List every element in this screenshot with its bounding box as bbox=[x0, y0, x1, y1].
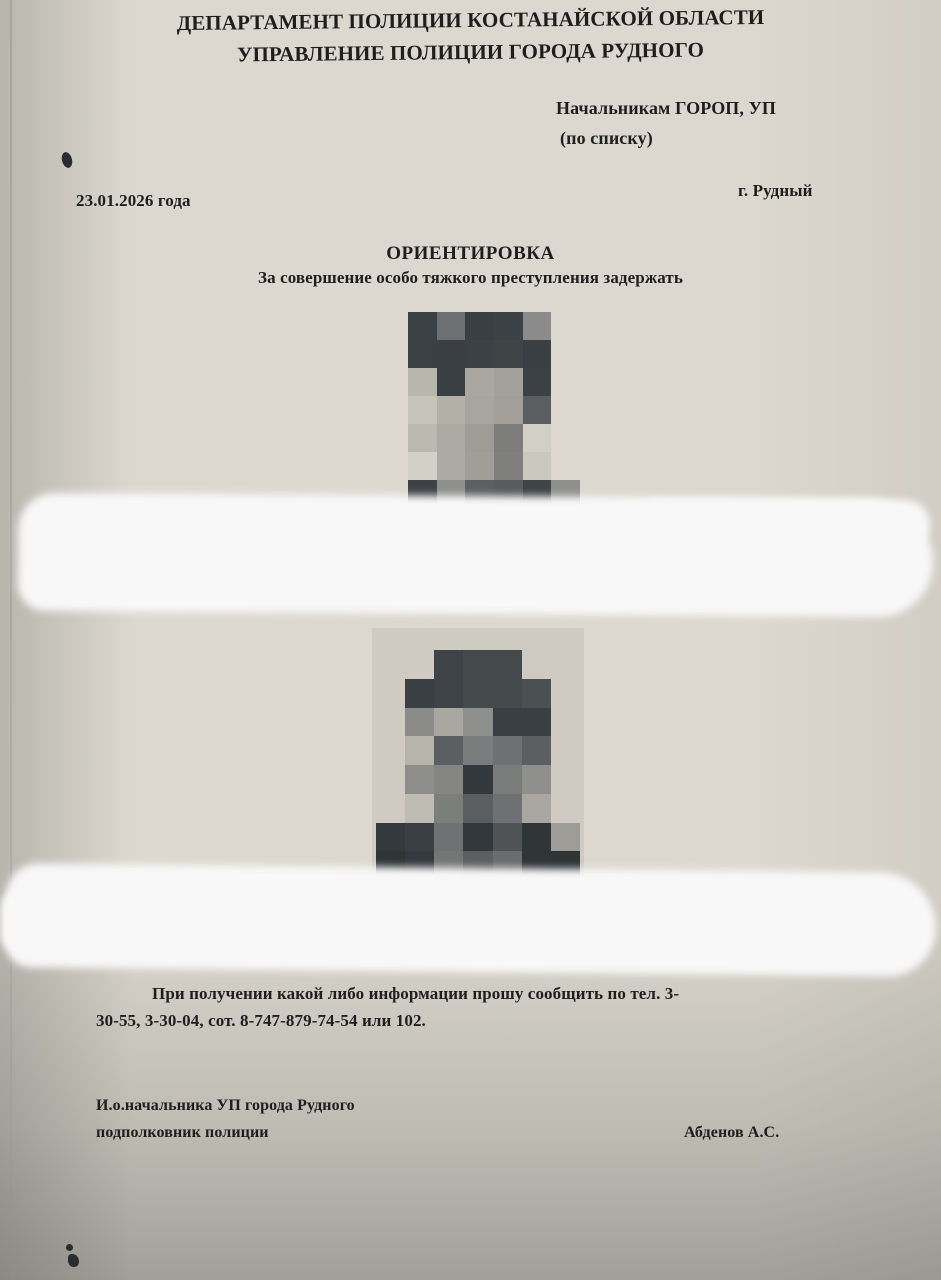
mosaic-cell bbox=[463, 765, 492, 794]
mosaic-cell bbox=[493, 765, 522, 794]
mosaic-cell bbox=[494, 424, 523, 452]
mosaic-cell bbox=[522, 650, 551, 679]
mosaic-cell bbox=[493, 679, 522, 708]
mosaic-cell bbox=[465, 340, 494, 368]
document-city: г. Рудный bbox=[738, 181, 812, 201]
mosaic-cell bbox=[463, 679, 492, 708]
ink-blot bbox=[66, 1244, 73, 1251]
mosaic-cell bbox=[408, 452, 437, 480]
mosaic-cell bbox=[376, 708, 405, 737]
mosaic-cell bbox=[437, 396, 466, 424]
mosaic-cell bbox=[551, 823, 580, 852]
mosaic-cell bbox=[494, 312, 523, 340]
addressee-note: (по списку) bbox=[560, 128, 653, 149]
mosaic-cell bbox=[522, 823, 551, 852]
mosaic-cell bbox=[376, 650, 405, 679]
mosaic-cell bbox=[493, 650, 522, 679]
mosaic-cell bbox=[437, 340, 466, 368]
mosaic-cell bbox=[376, 765, 405, 794]
mosaic-cell bbox=[494, 340, 523, 368]
mosaic-cell bbox=[494, 396, 523, 424]
document-title: ОРИЕНТИРОВКА bbox=[0, 243, 941, 265]
contact-info-line-2: 30-55, 3-30-04, сот. 8-747-879-74-54 или… bbox=[96, 1011, 426, 1031]
mosaic-cell bbox=[523, 368, 552, 396]
mosaic-cell bbox=[434, 736, 463, 765]
mosaic-cell bbox=[551, 736, 580, 765]
mosaic-cell bbox=[465, 312, 494, 340]
mosaic-cell bbox=[493, 794, 522, 823]
mosaic-cell bbox=[551, 650, 580, 679]
mosaic-cell bbox=[405, 736, 434, 765]
mosaic-cell bbox=[465, 452, 494, 480]
mosaic-cell bbox=[493, 708, 522, 737]
mosaic-cell bbox=[376, 823, 405, 852]
mosaic-cell bbox=[551, 708, 580, 737]
mosaic-cell bbox=[463, 823, 492, 852]
mosaic-cell bbox=[437, 312, 466, 340]
mosaic-cell bbox=[494, 368, 523, 396]
mosaic-cell bbox=[405, 650, 434, 679]
mosaic-cell bbox=[551, 679, 580, 708]
mosaic-cell bbox=[405, 765, 434, 794]
mosaic-cell bbox=[551, 424, 580, 452]
mosaic-cell bbox=[437, 368, 466, 396]
suspect-photo-1-pixelated bbox=[408, 312, 580, 508]
mosaic-cell bbox=[405, 823, 434, 852]
mosaic-cell bbox=[434, 708, 463, 737]
addressee: Начальникам ГОРОП, УП bbox=[556, 98, 776, 119]
suspect-photo-2-pixelated bbox=[376, 650, 580, 880]
mosaic-cell bbox=[408, 312, 437, 340]
mosaic-cell bbox=[463, 650, 492, 679]
mosaic-cell bbox=[463, 736, 492, 765]
mosaic-cell bbox=[465, 368, 494, 396]
document-subtitle: За совершение особо тяжкого преступления… bbox=[0, 268, 941, 288]
mosaic-cell bbox=[551, 312, 580, 340]
mosaic-cell bbox=[434, 823, 463, 852]
mosaic-cell bbox=[376, 794, 405, 823]
mosaic-cell bbox=[463, 708, 492, 737]
mosaic-cell bbox=[493, 823, 522, 852]
redaction-block-1-extra bbox=[640, 500, 930, 546]
mosaic-cell bbox=[437, 424, 466, 452]
mosaic-cell bbox=[522, 765, 551, 794]
mosaic-cell bbox=[408, 340, 437, 368]
paper-fold-line bbox=[10, 0, 12, 1280]
mosaic-cell bbox=[405, 708, 434, 737]
mosaic-cell bbox=[523, 424, 552, 452]
mosaic-cell bbox=[405, 794, 434, 823]
mosaic-cell bbox=[551, 765, 580, 794]
mosaic-cell bbox=[551, 396, 580, 424]
mosaic-cell bbox=[522, 708, 551, 737]
mosaic-cell bbox=[551, 368, 580, 396]
signer-name: Абденов А.С. bbox=[684, 1124, 779, 1142]
mosaic-cell bbox=[523, 340, 552, 368]
mosaic-cell bbox=[408, 368, 437, 396]
mosaic-cell bbox=[522, 679, 551, 708]
mosaic-cell bbox=[523, 452, 552, 480]
mosaic-cell bbox=[434, 794, 463, 823]
mosaic-cell bbox=[463, 794, 492, 823]
signer-rank: подполковник полиции bbox=[96, 1124, 269, 1142]
mosaic-cell bbox=[465, 396, 494, 424]
mosaic-cell bbox=[408, 396, 437, 424]
mosaic-cell bbox=[551, 340, 580, 368]
mosaic-cell bbox=[493, 736, 522, 765]
mosaic-cell bbox=[551, 452, 580, 480]
mosaic-cell bbox=[408, 424, 437, 452]
mosaic-cell bbox=[522, 794, 551, 823]
mosaic-cell bbox=[523, 312, 552, 340]
mosaic-cell bbox=[376, 736, 405, 765]
mosaic-cell bbox=[551, 794, 580, 823]
mosaic-cell bbox=[465, 424, 494, 452]
document-page: ДЕПАРТАМЕНТ ПОЛИЦИИ КОСТАНАЙСКОЙ ОБЛАСТИ… bbox=[0, 0, 941, 1280]
mosaic-cell bbox=[376, 679, 405, 708]
mosaic-cell bbox=[434, 650, 463, 679]
mosaic-cell bbox=[523, 396, 552, 424]
ink-blot bbox=[60, 151, 74, 169]
contact-info-line-1: При получении какой либо информации прош… bbox=[152, 984, 679, 1004]
mosaic-cell bbox=[434, 679, 463, 708]
mosaic-cell bbox=[434, 765, 463, 794]
header-department: ДЕПАРТАМЕНТ ПОЛИЦИИ КОСТАНАЙСКОЙ ОБЛАСТИ bbox=[0, 3, 941, 38]
mosaic-cell bbox=[494, 452, 523, 480]
signer-position: И.о.начальника УП города Рудного bbox=[96, 1097, 355, 1115]
redaction-block-2-extra bbox=[0, 890, 200, 950]
header-directorate: УПРАВЛЕНИЕ ПОЛИЦИИ ГОРОДА РУДНОГО bbox=[0, 35, 941, 70]
mosaic-cell bbox=[405, 679, 434, 708]
mosaic-cell bbox=[437, 452, 466, 480]
mosaic-cell bbox=[522, 736, 551, 765]
ink-blot bbox=[68, 1254, 79, 1267]
document-date: 23.01.2026 года bbox=[76, 191, 191, 211]
